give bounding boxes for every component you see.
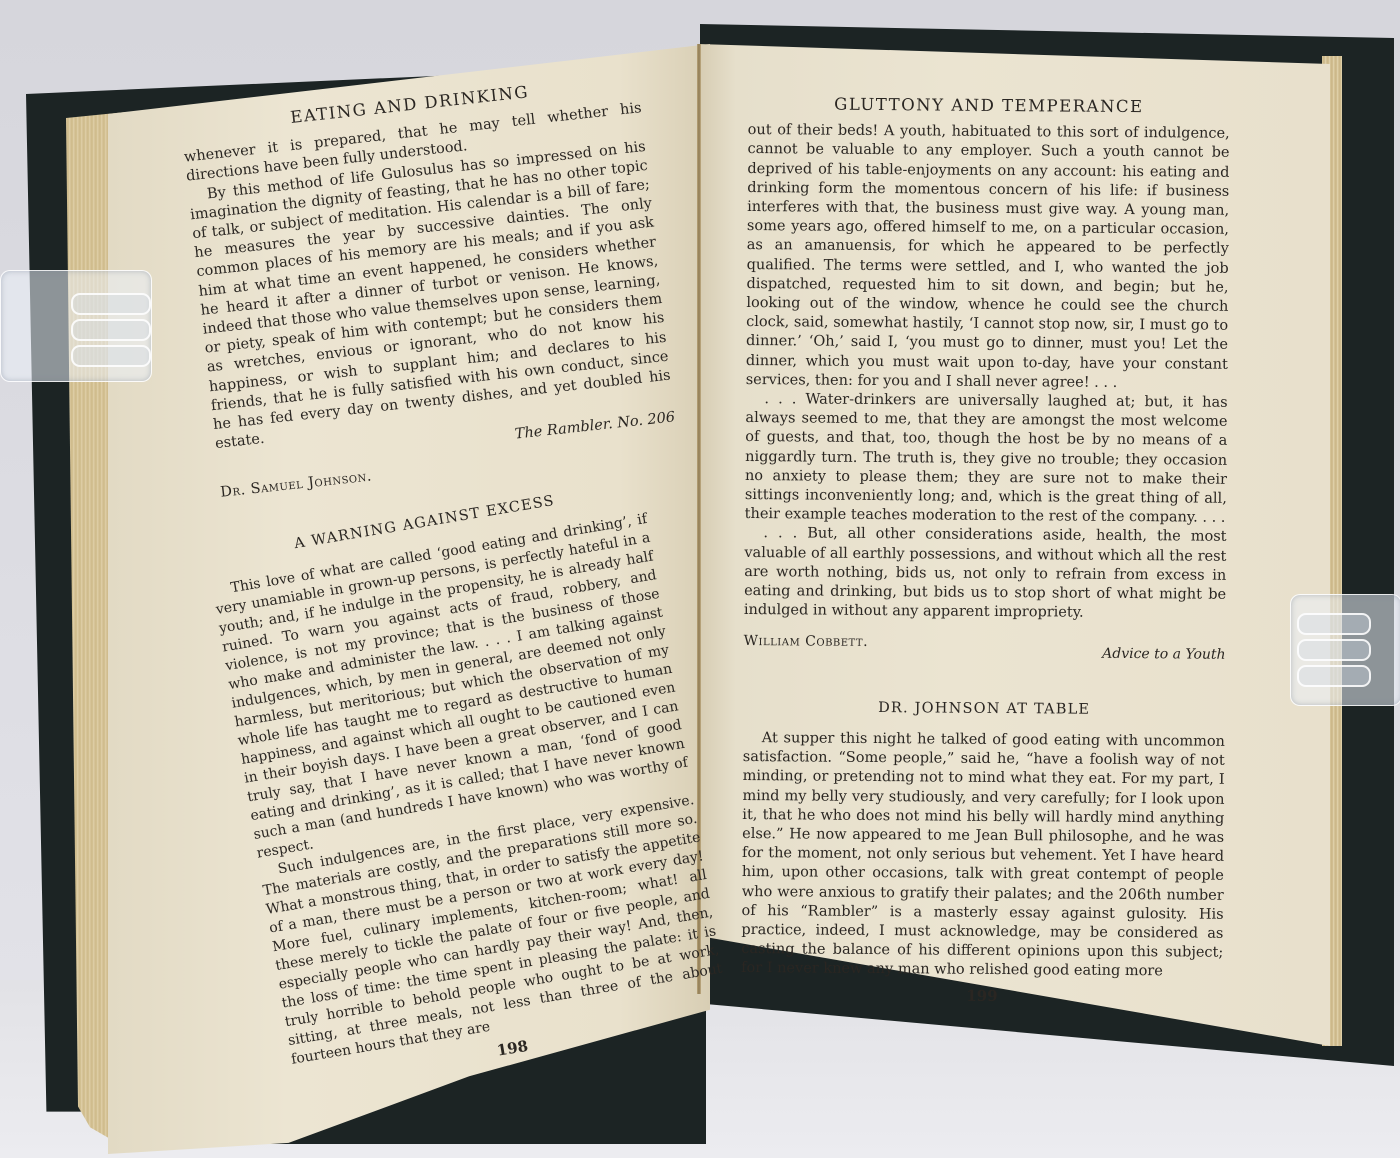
paragraph: At supper this night he talked of good e… bbox=[741, 729, 1225, 982]
page-clip-right bbox=[1290, 594, 1400, 706]
clip-prong bbox=[1297, 665, 1371, 687]
clip-prong bbox=[71, 319, 151, 341]
attribution: William Cobbett. Advice to a Youth bbox=[744, 632, 1226, 665]
clip-prong bbox=[1297, 613, 1371, 635]
left-page-lower-text: A WARNING AGAINST EXCESS This love of wh… bbox=[206, 477, 731, 1094]
clip-prong bbox=[71, 293, 151, 315]
author-name: William Cobbett. bbox=[744, 632, 869, 662]
clip-prong bbox=[71, 345, 151, 367]
paragraph: . . . But, all other considerations asid… bbox=[744, 524, 1227, 624]
clip-prong bbox=[1297, 639, 1371, 661]
source-citation: Advice to a Youth bbox=[1102, 635, 1226, 665]
right-page-text: GLUTTONY AND TEMPERANCE out of their bed… bbox=[741, 94, 1230, 1007]
paragraph: . . . Water-drinkers are universally lau… bbox=[745, 390, 1228, 528]
paragraph: out of their beds! A youth, habituated t… bbox=[746, 121, 1230, 394]
page-number-right: 199 bbox=[741, 985, 1223, 1008]
left-page-upper-text: EATING AND DRINKING whenever it is prepa… bbox=[180, 70, 679, 502]
page-clip-left bbox=[0, 270, 152, 382]
paragraph: By this method of life Gulosulus has so … bbox=[187, 138, 673, 455]
